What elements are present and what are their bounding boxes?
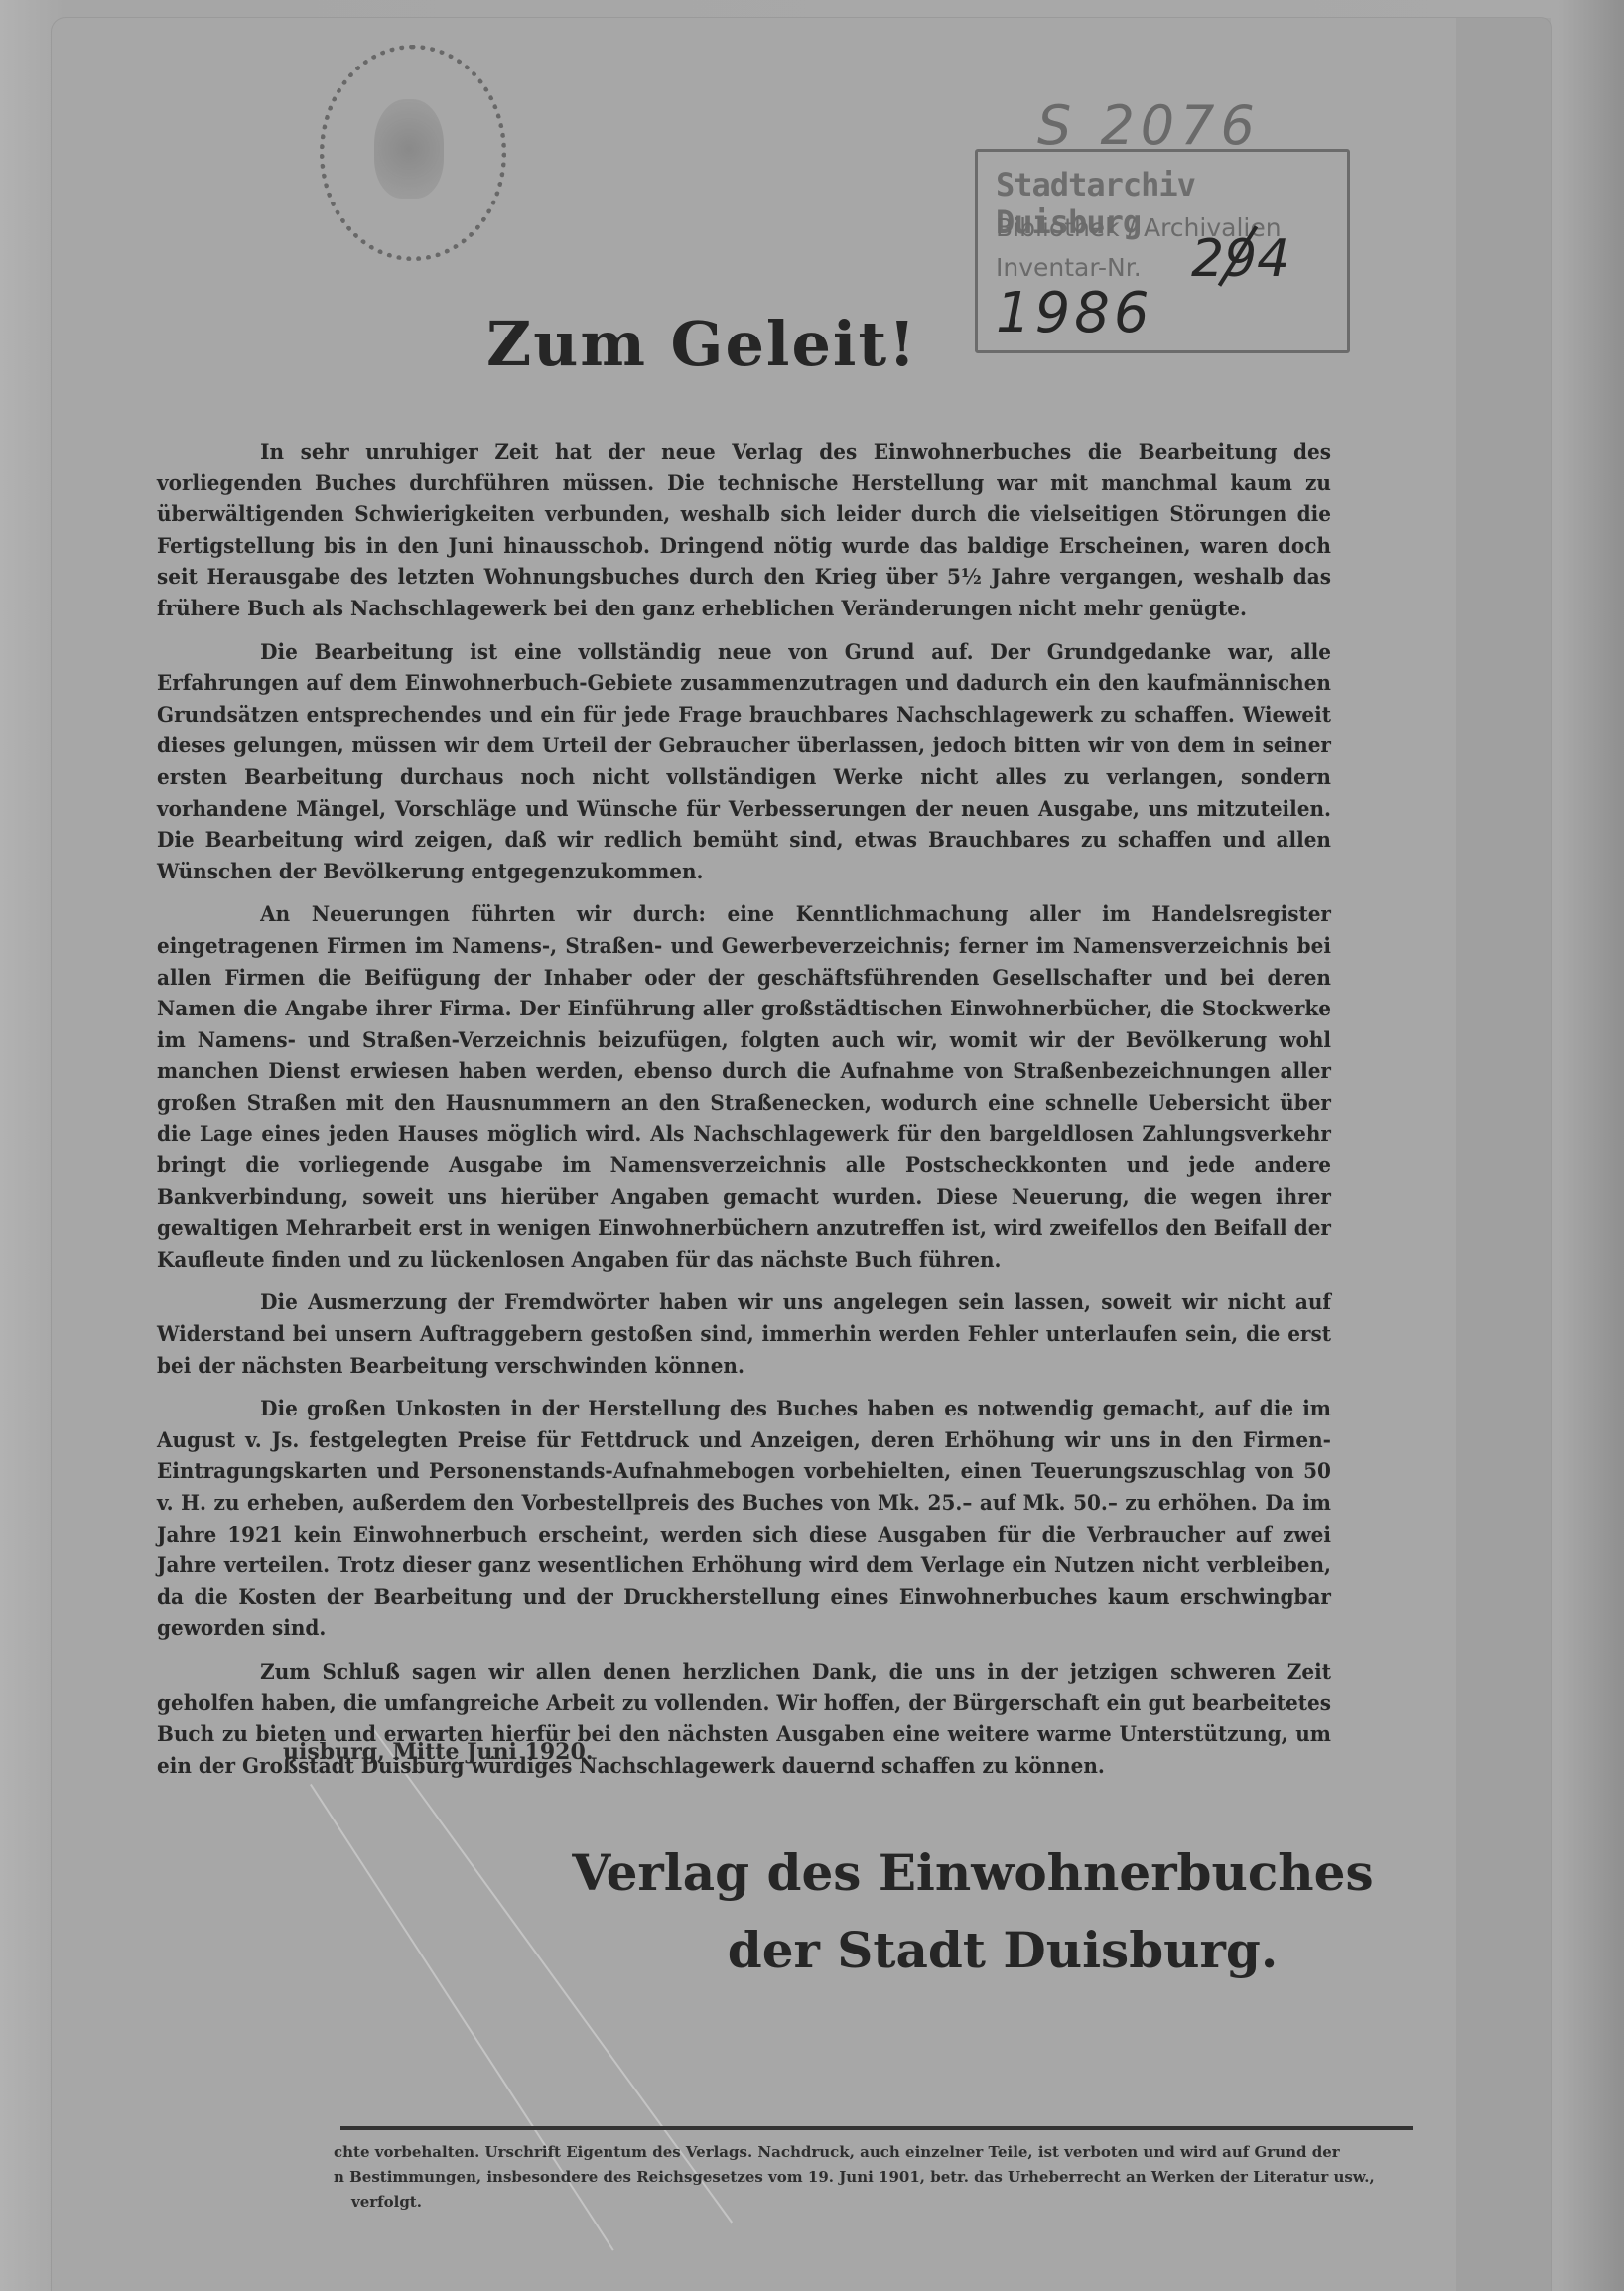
shelf-mark: S 2076 — [1037, 94, 1261, 157]
publisher-line-1: Verlag des Einwohnerbuches — [536, 1834, 1410, 1912]
paragraph: An Neuerungen führten wir durch: eine Ke… — [157, 899, 1331, 1276]
archive-stamp: Stadtarchiv Duisburg Bibliothek / Archiv… — [975, 149, 1350, 353]
paragraph: Die Bearbeitung ist eine vollständig neu… — [157, 637, 1331, 888]
footnote-line: chte vorbehalten. Urschrift Eigentum des… — [334, 2140, 1416, 2165]
publisher-line-2: der Stadt Duisburg. — [536, 1912, 1410, 1989]
body-text: In sehr unruhiger Zeit hat der neue Verl… — [157, 437, 1331, 1794]
copyright-footnote: chte vorbehalten. Urschrift Eigentum des… — [334, 2140, 1416, 2215]
publisher-signature: Verlag des Einwohnerbuches der Stadt Dui… — [536, 1834, 1410, 1989]
inventory-year: 1986 — [996, 281, 1153, 345]
place-date: uisburg, Mitte Juni 1920. — [283, 1739, 593, 1765]
round-seal-stamp — [320, 45, 506, 261]
paragraph: In sehr unruhiger Zeit hat der neue Verl… — [157, 437, 1331, 625]
seal-emblem-icon — [374, 99, 444, 199]
archive-stamp-inventory-label: Inventar-Nr. — [996, 253, 1142, 282]
page-title: Zum Geleit! — [486, 308, 917, 380]
paragraph: Die Ausmerzung der Fremdwörter haben wir… — [157, 1287, 1331, 1382]
paragraph: Die großen Unkosten in der Herstellung d… — [157, 1394, 1331, 1645]
inventory-number: 294 — [1191, 229, 1289, 289]
footnote-line: verfolgt. — [334, 2190, 1416, 2215]
footnote-divider — [340, 2126, 1413, 2130]
footnote-line: n Bestimmungen, insbesondere des Reichsg… — [334, 2165, 1416, 2190]
